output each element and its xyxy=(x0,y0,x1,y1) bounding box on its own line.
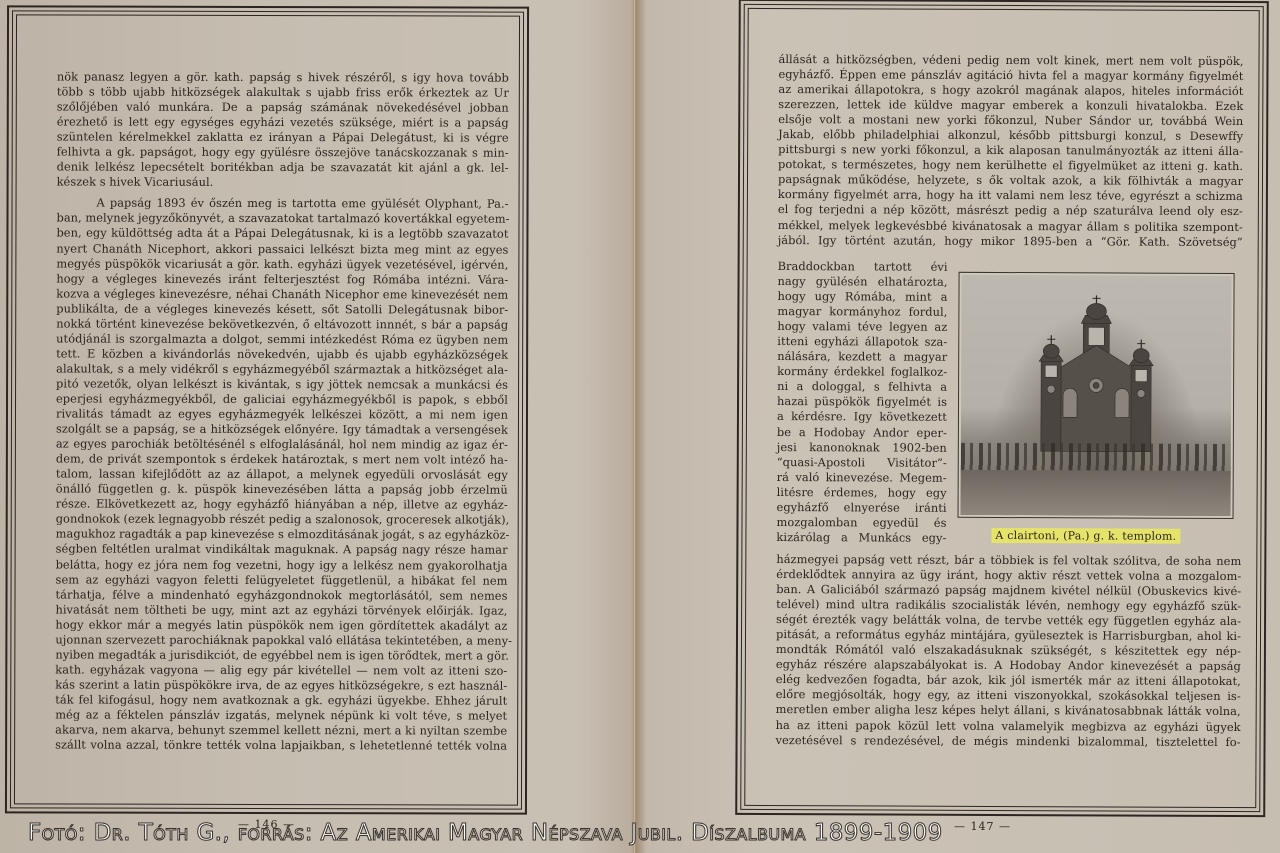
text-line: publikálta, de a végleges kinevezés kése… xyxy=(56,301,508,317)
photo-credit-watermark: Fotó: Dr. Tóth G., forrás: Az Amerikai M… xyxy=(28,820,1258,846)
text-line: denik lelkész lepecsételt boritékban adj… xyxy=(57,160,509,176)
text-line: gondnokok (ezek legnagyobb részét pedig … xyxy=(56,512,508,528)
text-line: megyés püspökök vicariusát a gör. kath. … xyxy=(56,256,508,272)
text-line: A papság 1893 év őszén meg is tartotta e… xyxy=(57,196,509,212)
text-line: hazai püspökök figyelmét is xyxy=(777,394,947,410)
text-line: önálló független g. k. püspök kinevezésé… xyxy=(56,482,508,498)
right-page-bottom-text: házmegyei papság vett részt, bár a többi… xyxy=(776,552,1242,750)
text-line: szállt volna azzal, tönkre tették volna … xyxy=(55,738,507,754)
text-line: még az a féktelen pánszláv izgatás, mely… xyxy=(55,707,507,723)
right-page-side-text: Braddockban tartott évinagy gyülésén elh… xyxy=(776,259,947,546)
text-line: kás szerint a latin püspökökre irva, de … xyxy=(55,677,507,693)
text-line: itteni egyházi állapotok sza- xyxy=(777,334,947,350)
text-line: a kérdésre. Igy következett xyxy=(777,409,947,425)
text-line: nálására, kezdett a magyar xyxy=(777,349,947,365)
text-line: ségben feltétlen uralmat vindikáltak mag… xyxy=(56,542,508,558)
figure-caption: A clairtoni, (Pa.) g. k. templom. xyxy=(991,528,1180,544)
text-line: része. Elkövetkezett az, hogy egyházfő h… xyxy=(56,497,508,513)
text-line: kath. egyházak vagyona — alig egy pár ki… xyxy=(55,662,507,678)
text-line: ban, melynek jegyzőkönyvét, a szavazatok… xyxy=(56,211,508,227)
text-line: alakultak, s a mely vidékről s egyházmeg… xyxy=(56,361,508,377)
text-line: el fog terjedni a nép között, másrészt p… xyxy=(778,202,1243,219)
text-line: dem, de privát szempontok s érdekek hatá… xyxy=(56,452,508,468)
text-line: pitó vezetők, olyan lelkészt is kivántak… xyxy=(56,376,508,392)
left-page-text: nök panasz legyen a gör. kath. papság s … xyxy=(55,69,509,753)
text-line: ni a dologgal, s felhivta a xyxy=(777,379,947,395)
text-line: utódjánál is szorgalmazta a dolgot, semm… xyxy=(56,331,508,347)
text-line: jesi kanonoknak 1902-ben xyxy=(777,440,947,456)
text-line: mozgalomban egyedül és xyxy=(776,515,946,531)
text-line: hogy a végleges kinevezés iránt felterje… xyxy=(56,271,508,287)
book-gutter xyxy=(633,0,636,853)
text-line: szüntelen kérelmekkel zaklatta ez iránya… xyxy=(57,130,509,146)
text-line: készek s hivek Vicariusául. xyxy=(57,175,509,191)
text-line: “quasi-Apostoli Visitátor”- xyxy=(777,455,947,471)
text-line: ujonnan szervezett parochiáknak papokkal… xyxy=(55,632,507,648)
text-line: hogy valami téve legyen az xyxy=(777,319,947,335)
text-line: rivalitás támadt az egyes egyházmegyék l… xyxy=(56,406,508,422)
text-line: több s több ujabb hitközségek alakultak … xyxy=(57,84,509,100)
text-line: hogy ugy Rómába, mint a xyxy=(777,289,947,305)
text-line: vezetésével s rendezésével, de mégis min… xyxy=(776,733,1241,750)
text-line: nyiben megadták a jurisdikciót, de egyéb… xyxy=(55,647,507,663)
text-line: litésre érdemes, hogy egy xyxy=(777,485,947,501)
church-photo-figure xyxy=(958,272,1235,519)
text-line: be a Hodobay Andor eper- xyxy=(777,425,947,441)
text-line: hivatását nem töltheti be ugy, mint azt … xyxy=(55,602,507,618)
church-illustration-icon xyxy=(1031,293,1162,464)
text-line: egyházfő elnyerése iránti xyxy=(777,500,947,516)
text-line: nokká történt kinevezése bekövetkezvén, … xyxy=(56,316,508,332)
text-line: Braddockban tartott évi xyxy=(778,259,948,275)
right-page-border: állását a hitközségben, védeni pedig nem… xyxy=(735,0,1269,817)
text-line: nagy gyülésén elhatározta, xyxy=(778,274,948,290)
text-line: meretlen ember aligha lesz képes helyt á… xyxy=(776,702,1241,719)
text-line: ha az itteni papok közül lett volna vala… xyxy=(776,718,1241,735)
text-line: érezhető is lett egy egységes egyházi ve… xyxy=(57,115,509,131)
text-line: mékkel, melyek legkevésbbé kivánatosak a… xyxy=(778,218,1243,235)
text-line: szolgált se a papság, se a hitközségek e… xyxy=(56,422,508,438)
text-line: akarva, nem akarva, behunyt szemmel kell… xyxy=(55,722,507,738)
text-line: eperjesi egyházmegyékből, de galiciai eg… xyxy=(56,391,508,407)
text-line: magyar kormányhoz fordul, xyxy=(777,304,947,320)
text-line: belátta, hogy ez jóra nem fog vezetni, h… xyxy=(56,557,508,573)
ground xyxy=(961,470,1231,516)
text-line: az egyes parochiák betöltésénél s elfogl… xyxy=(56,437,508,453)
text-line: nök panasz legyen a gör. kath. papság s … xyxy=(57,69,509,85)
text-line: nyert Chanáth Nicephort, akkori passaici… xyxy=(56,241,508,257)
church-photo xyxy=(961,275,1232,516)
text-line: magukhoz ragadták a pap kinevezése s elm… xyxy=(56,527,508,543)
text-line: tett. E közben a kivándorlás növekedvén,… xyxy=(56,346,508,362)
text-line: jából. Igy történt azután, hogy mikor 18… xyxy=(778,233,1243,250)
text-line: rá való kinevezése. Megem- xyxy=(777,470,947,486)
text-line: kormány érdekkel foglalkoz- xyxy=(777,364,947,380)
text-line: tárhatja, félve a mindenható egyházgondn… xyxy=(55,587,507,603)
text-line: ben, egy küldöttség adta át a Pápai Dele… xyxy=(56,226,508,242)
text-line: kizárólag a Munkács egy- xyxy=(776,530,946,546)
right-page-top-text: állását a hitközségben, védeni pedig nem… xyxy=(778,52,1244,250)
text-line: sem az egyházi vagyon feletti felügyelet… xyxy=(56,572,508,588)
text-line: hogy ekkor már a megyés latin püspökök n… xyxy=(55,617,507,633)
text-line: szőlőjében való munkára. De a papság szá… xyxy=(57,100,509,116)
text-line: felhivta a gk. papságot, hogy egy gyülés… xyxy=(57,145,509,161)
left-page-border: nök panasz legyen a gör. kath. papság s … xyxy=(5,5,529,814)
text-line: talom, lassan kifejlődött az az állapot,… xyxy=(56,467,508,483)
text-line: ták fel kifogásul, hogy nem avatkoznak a… xyxy=(55,692,507,708)
text-line: kozva a végleges kinevezésre, néhai Chan… xyxy=(56,286,508,302)
